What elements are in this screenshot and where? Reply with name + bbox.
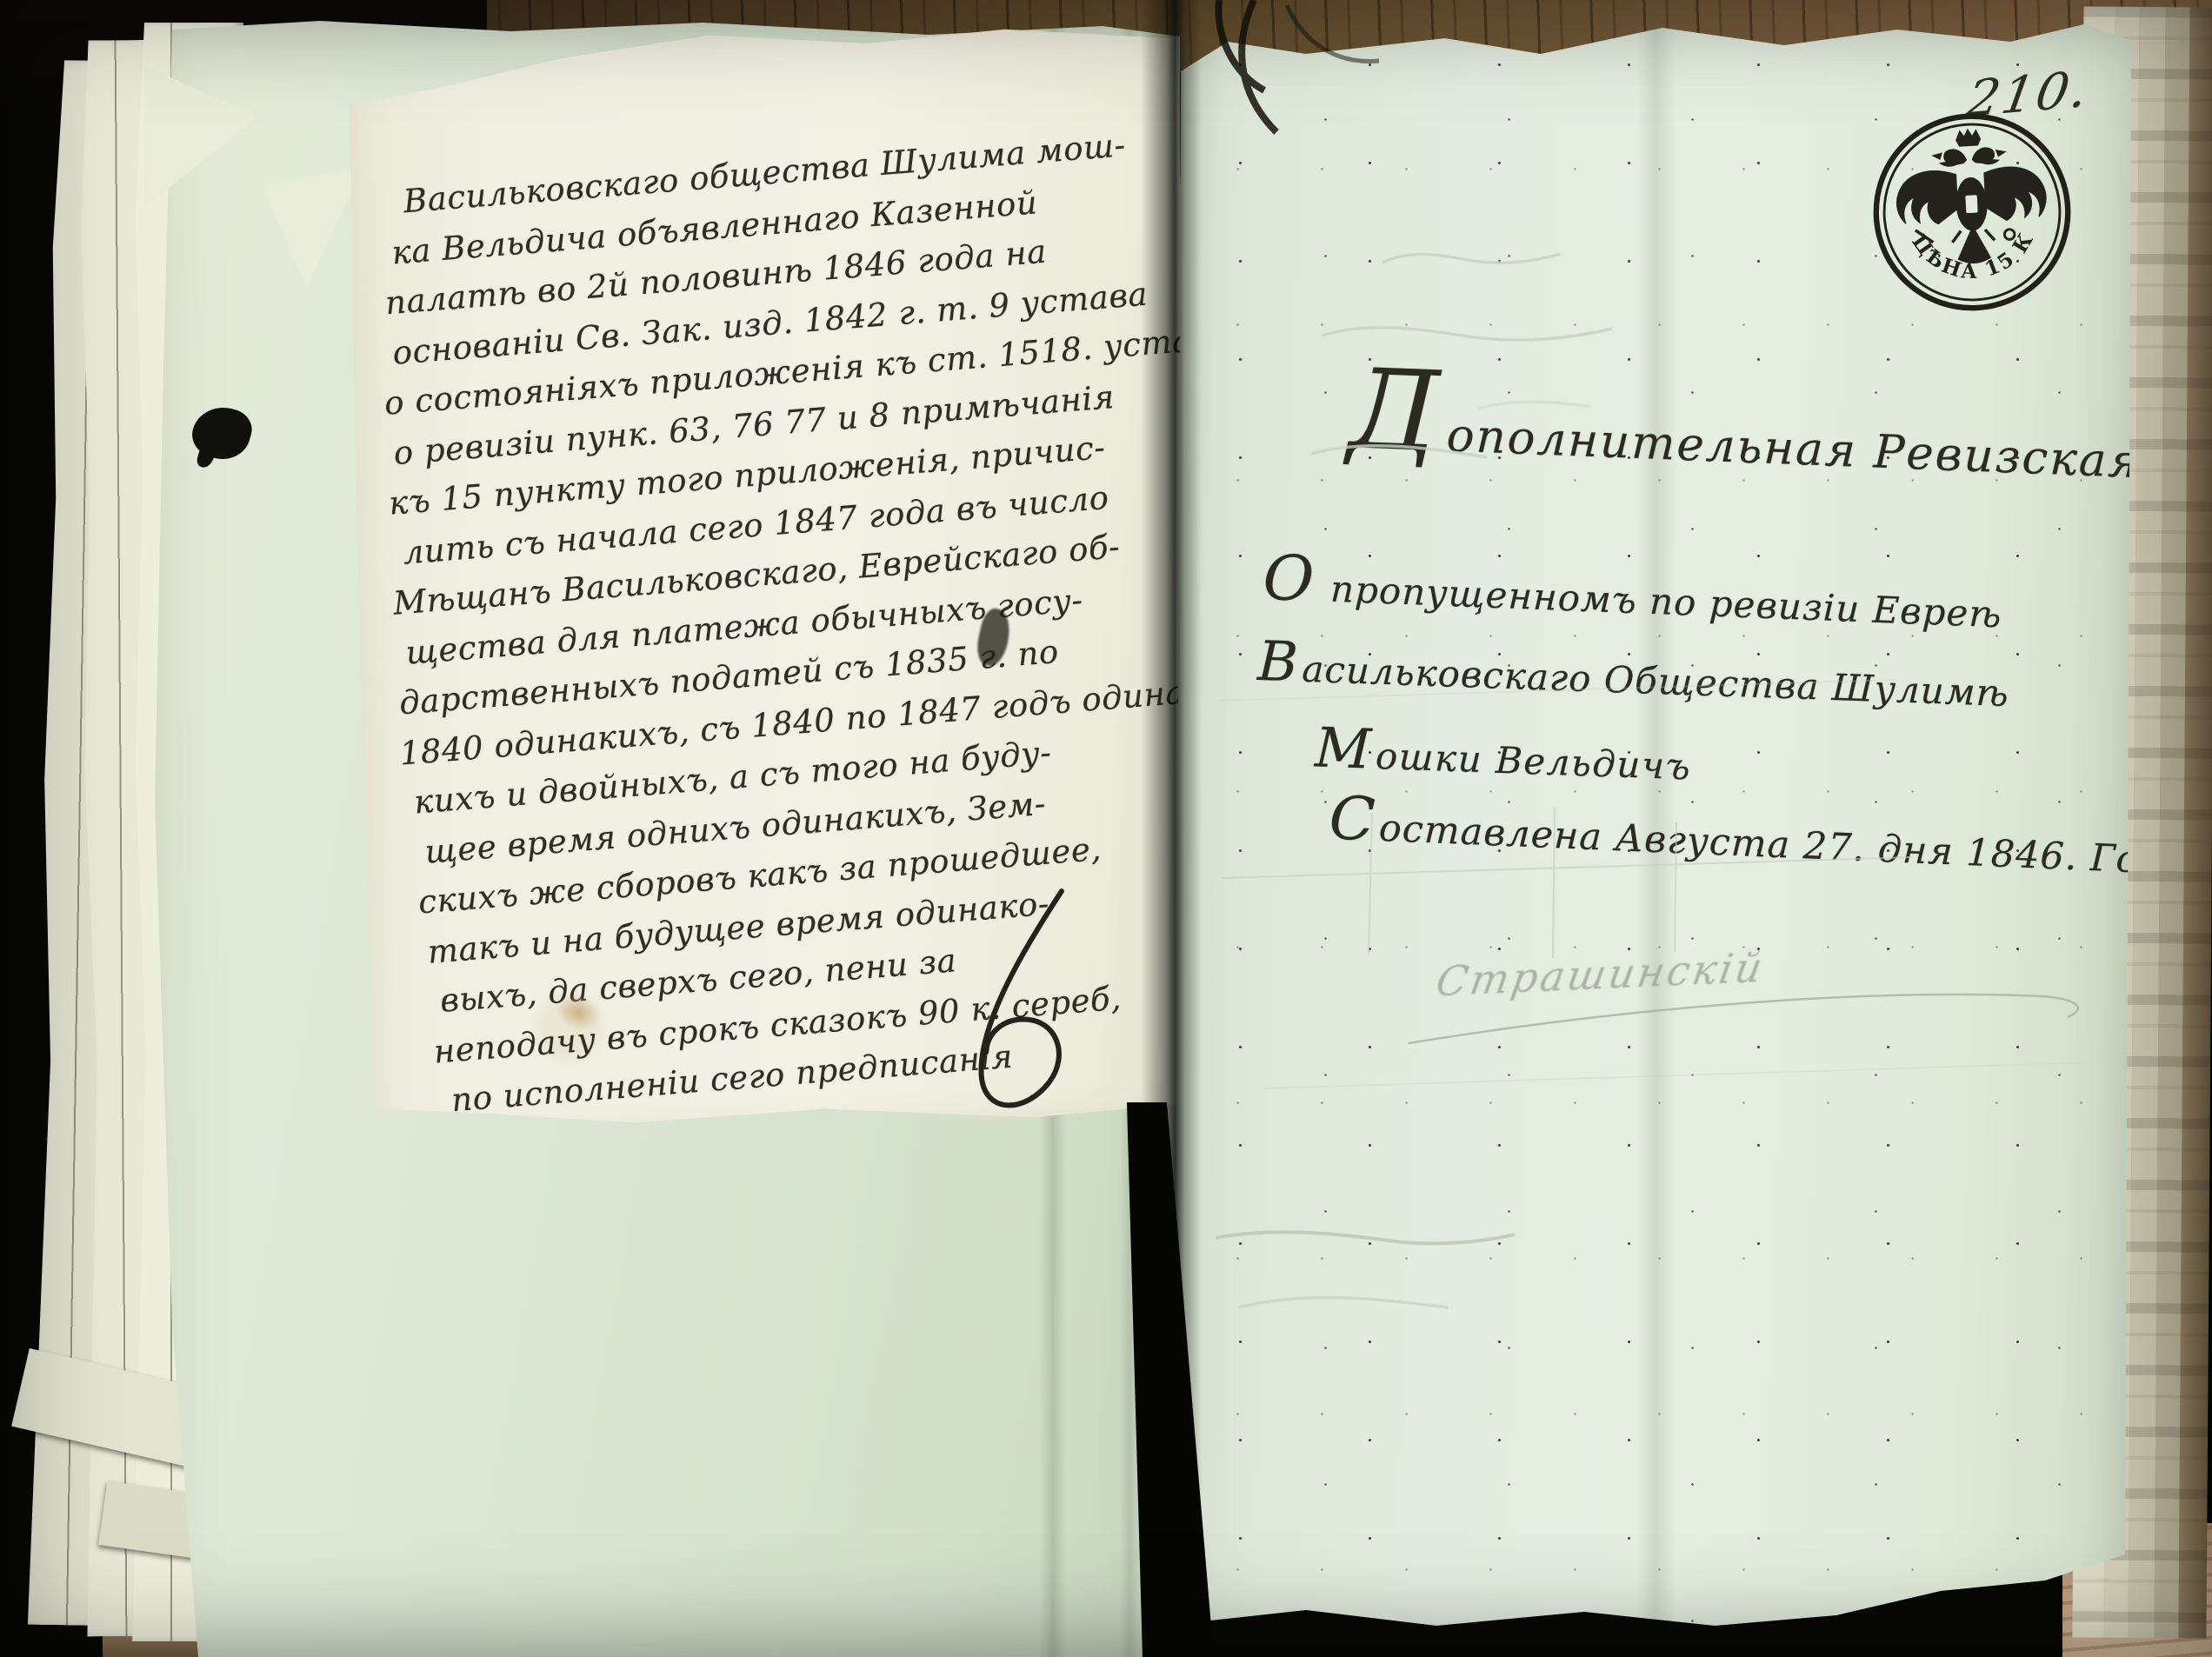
title-line: О пропущенномъ по ревизіи Евреѣ [1262, 565, 2002, 636]
price-stamp: ЦѢНА 15 КОП. СЕР. [1866, 106, 2078, 318]
manuscript-text-block: Васильковскаго общества Шулима мош- ка В… [381, 116, 1253, 1125]
title-line: Васильковскаго Общества Шулимѣ [1256, 646, 2009, 715]
handwritten-sheet: Васильковскаго общества Шулима мош- ка В… [344, 17, 1206, 1144]
right-page-recto: 210. ЦѢНА 15 КОП. СЕ [1176, 16, 2136, 1638]
title-line: Дополнительная Ревизская Сказка [1347, 405, 2212, 496]
archival-book-photo: Васильковскаго общества Шулима мош- ка В… [0, 0, 2212, 1657]
pencil-signature: Страшинскій [1433, 944, 1769, 1007]
title-line: Мошки Вельдичъ [1314, 732, 1692, 788]
date-line: Составлена Августа 27. дня 1846. Года [1328, 804, 2188, 883]
